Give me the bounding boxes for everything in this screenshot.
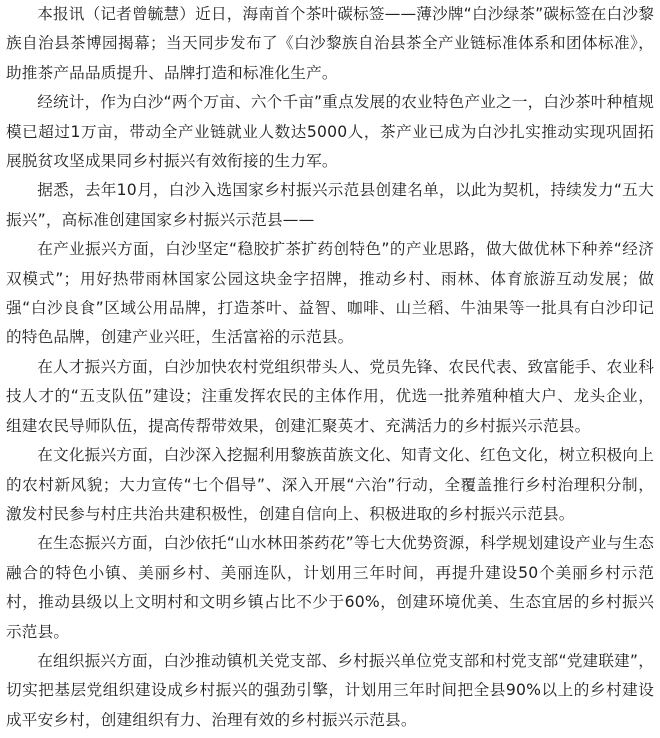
paragraph-talent-revitalization: 在人才振兴方面，白沙加快农村党组织带头人、党员先锋、农民代表、致富能手、农业科技…: [6, 353, 654, 441]
paragraph-culture-revitalization: 在文化振兴方面，白沙深入挖掘利用黎族苗族文化、知青文化、红色文化，树立积极向上的…: [6, 441, 654, 529]
article-body: 本报讯（记者曾毓慧）近日，海南首个茶叶碳标签——薄沙牌“白沙绿茶”碳标签在白沙黎…: [0, 0, 660, 735]
paragraph-ecology-revitalization: 在生态振兴方面，白沙依托“山水林田茶药花”等七大优势资源，科学规划建设产业与生态…: [6, 529, 654, 647]
paragraph-statistics: 经统计，作为白沙“两个万亩、六个千亩”重点发展的农业特色产业之一，白沙茶叶种植规…: [6, 88, 654, 176]
paragraph-organization-revitalization: 在组织振兴方面，白沙推动镇机关党支部、乡村振兴单位党支部和村党支部“党建联建”，…: [6, 647, 654, 735]
paragraph-intro: 本报讯（记者曾毓慧）近日，海南首个茶叶碳标签——薄沙牌“白沙绿茶”碳标签在白沙黎…: [6, 0, 654, 88]
paragraph-demonstration-county: 据悉，去年10月，白沙入选国家乡村振兴示范县创建名单，以此为契机，持续发力“五大…: [6, 176, 654, 235]
paragraph-industry-revitalization: 在产业振兴方面，白沙坚定“稳胶扩茶扩药创特色”的产业思路，做大做优林下种养“经济…: [6, 235, 654, 353]
